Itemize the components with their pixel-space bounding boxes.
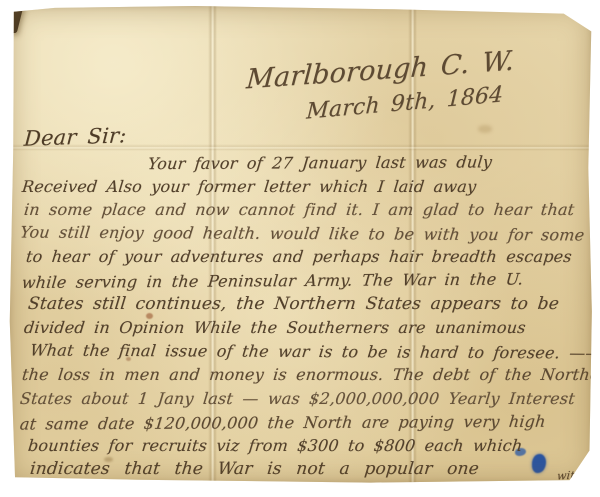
handwriting-line: bounties for recruits viz from $300 to $… [27,434,590,458]
handwriting-line: in some place and now cannot find it. I … [23,198,590,222]
handwriting-line: States still continues, the Northern Sta… [27,293,590,317]
handwriting-line: What the final issue of the war is to be… [29,338,590,365]
handwriting-line: indicates that the War is not a popular … [29,458,590,482]
letter-body: Your favor of 27 January last was duly R… [20,151,589,481]
catchword: with [556,468,582,482]
stain-spot [478,125,492,133]
torn-corner [8,5,25,34]
handwriting-line: to hear of your adventures and perhaps h… [25,245,590,269]
handwriting-line: at same date $120,000,000 the North are … [19,409,591,436]
handwriting-line: the loss in men and money is enormous. T… [21,363,590,387]
handwriting-line: You still enjoy good health. would like … [19,220,590,247]
scanned-letter-scene: Marlborough C. W. March 9th, 1864 Dear S… [0,0,600,497]
handwriting-line: divided in Opinion While the Southerners… [23,316,590,340]
handwriting-line: States about 1 Jany last — was $2,000,00… [19,387,590,411]
handwriting-line: Your favor of 27 January last was duly [147,150,591,176]
letter-paper: Marlborough C. W. March 9th, 1864 Dear S… [8,5,593,484]
handwriting-line: while serving in the Peninsular Army. Th… [21,267,591,295]
handwriting-line: Received Also your former letter which I… [21,175,590,199]
letter-salutation: Dear Sir: [23,123,127,151]
